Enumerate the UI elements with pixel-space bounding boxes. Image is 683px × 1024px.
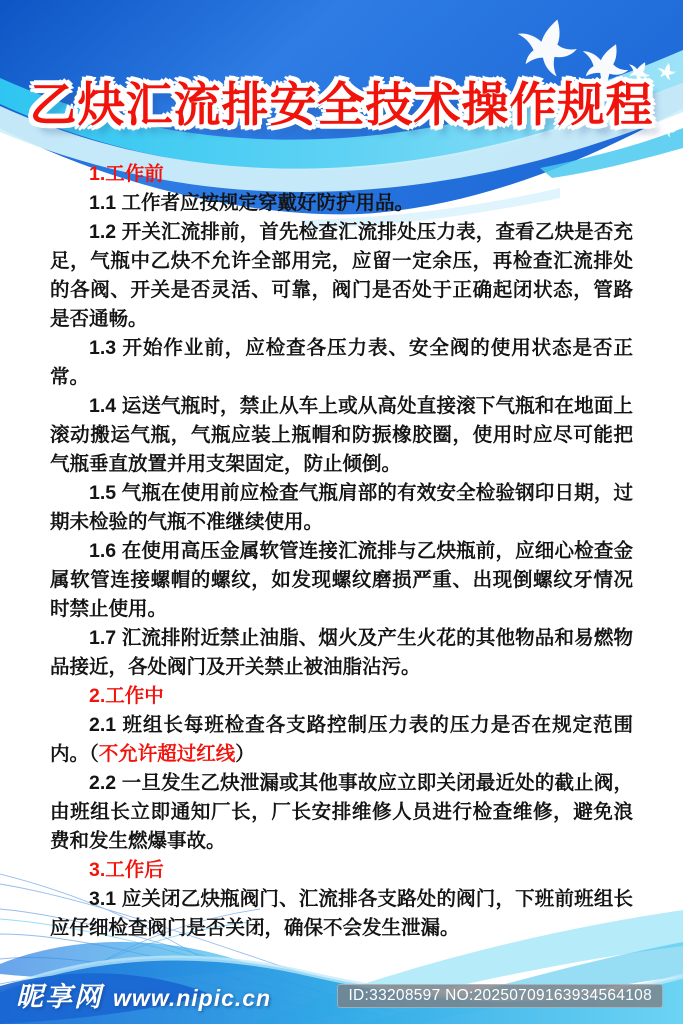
procedure-item: 3.1 应关闭乙炔瓶阀门、汇流排各支路处的阀门，下班前班组长应仔细检查阀门是否关… bbox=[50, 885, 633, 943]
procedure-item: 2.1 班组长每班检查各支路控制压力表的压力是否在规定范围内。（不允许超过红线） bbox=[50, 711, 633, 769]
procedure-text: 1.工作前 1.1 工作者应按规定穿戴好防护用品。 1.2 开关汇流排前，首先检… bbox=[50, 160, 633, 943]
procedure-item: 1.4 运送气瓶时，禁止从车上或从高处直接滚下气瓶和在地面上滚动搬运气瓶，气瓶应… bbox=[50, 392, 633, 479]
procedure-item: 1.3 开始作业前，应检查各压力表、安全阀的使用状态是否正常。 bbox=[50, 334, 633, 392]
image-id-badge: ID:33208597 NO:20250709163934564108 bbox=[337, 984, 663, 1008]
procedure-item: 1.5 气瓶在使用前应检查气瓶肩部的有效安全检验钢印日期，过期未检验的气瓶不准继… bbox=[50, 479, 633, 537]
section-heading-after-work: 3.工作后 bbox=[50, 856, 633, 885]
poster-page: 乙炔汇流排安全技术操作规程 1.工作前 1.1 工作者应按规定穿戴好防护用品。 … bbox=[0, 0, 683, 1024]
section-heading-before-work: 1.工作前 bbox=[50, 160, 633, 189]
item-text: ） bbox=[235, 743, 255, 765]
procedure-item: 1.1 工作者应按规定穿戴好防护用品。 bbox=[50, 189, 633, 218]
section-heading-during-work: 2.工作中 bbox=[50, 682, 633, 711]
procedure-item: 2.2 一旦发生乙炔泄漏或其他事故应立即关闭最近处的截止阀，由班组长立即通知厂长… bbox=[50, 769, 633, 856]
site-name-logo: 昵享网 bbox=[16, 975, 103, 1014]
poster-title: 乙炔汇流排安全技术操作规程 bbox=[0, 68, 683, 135]
procedure-item: 1.2 开关汇流排前，首先检查汇流排处压力表，查看乙炔是否充足，气瓶中乙炔不允许… bbox=[50, 218, 633, 334]
procedure-item: 1.7 汇流排附近禁止油脂、烟火及产生火花的其他物品和易燃物品接近，各处阀门及开… bbox=[50, 624, 633, 682]
site-watermark: 昵享网 www.nipic.cn bbox=[16, 975, 271, 1014]
procedure-item: 1.6 在使用高压金属软管连接汇流排与乙炔瓶前，应细心检查金属软管连接螺帽的螺纹… bbox=[50, 537, 633, 624]
red-warning-text: 不允许超过红线 bbox=[99, 743, 236, 765]
site-url-text: www.nipic.cn bbox=[113, 985, 271, 1012]
